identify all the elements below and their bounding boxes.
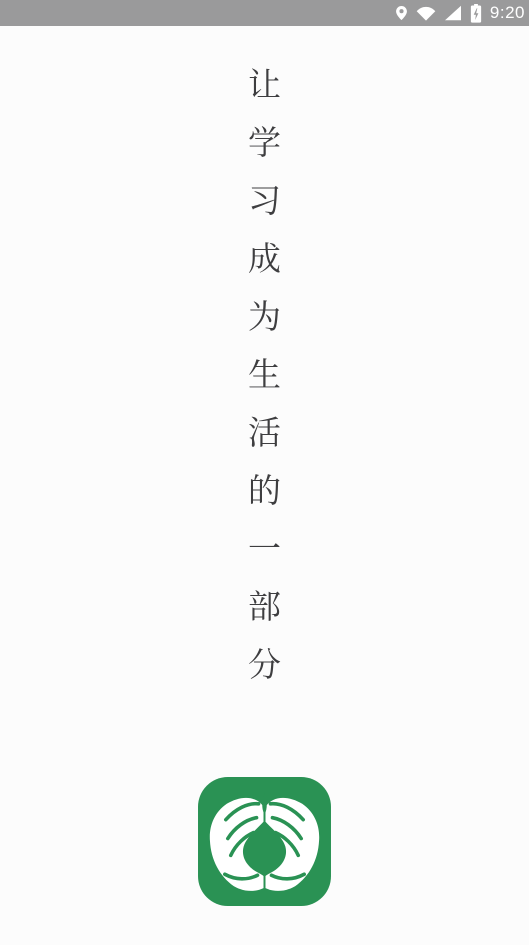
slogan-char: 生 [248,357,281,392]
slogan-char: 为 [248,299,281,334]
status-bar: 9:20 [0,0,529,26]
slogan-char: 分 [248,647,281,682]
two-hands-logo [198,777,331,906]
slogan-char: 让 [248,67,281,102]
splash-screen: 9:20 让 学 习 成 为 生 活 的 一 部 分 [0,0,529,945]
slogan-char: 活 [248,415,281,450]
slogan-char: 成 [248,241,281,276]
slogan-char: 部 [248,589,281,624]
two-hands-logo-svg [198,777,331,906]
location-icon [395,5,408,21]
slogan-char: 学 [248,125,281,160]
signal-icon [444,5,462,21]
slogan-char: 的 [248,473,281,508]
battery-charging-icon [470,4,482,23]
slogan-char: 一 [248,531,281,566]
slogan: 让 学 习 成 为 生 活 的 一 部 分 [0,67,529,682]
status-time: 9:20 [490,0,526,26]
slogan-char: 习 [248,183,281,218]
wifi-icon [416,6,436,21]
